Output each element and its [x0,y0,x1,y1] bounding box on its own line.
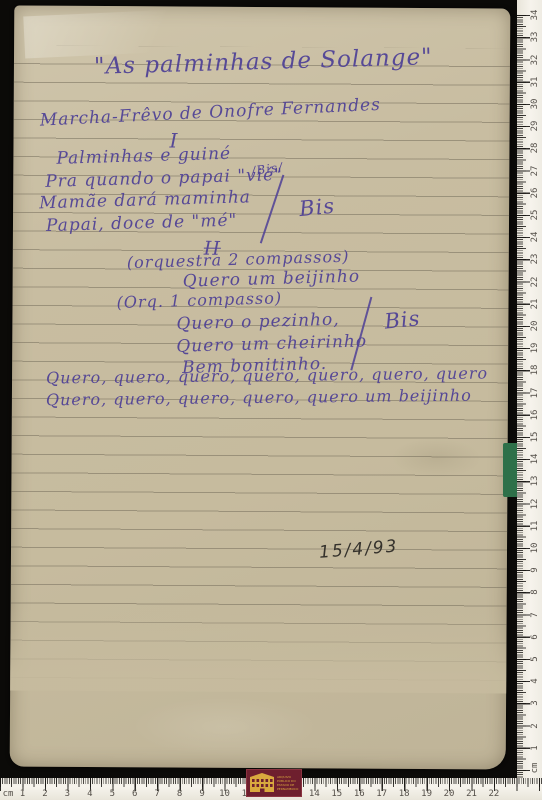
ruler-number: 14 [309,789,320,799]
ruler-number: 33 [530,32,540,43]
ruler-number: 17 [376,789,387,799]
ruler-number: 22 [489,789,500,799]
ruler-number: 24 [530,232,540,243]
ruler-number: 18 [530,365,540,376]
ruler-number: 14 [530,454,540,465]
ruler-number: 25 [530,210,540,221]
ruler-number: cm [530,763,540,774]
ruler-number: 34 [530,10,540,21]
ruler-number: 4 [87,789,92,799]
ruler-number: 23 [530,254,540,265]
ruler-number: 15 [331,789,342,799]
ruler-number: cm [3,789,14,799]
ruler-number: 22 [530,276,540,287]
paper-stain [130,696,320,757]
ruler-number: 5 [530,656,540,661]
ruler-number: 15 [530,432,540,443]
ruler-number: 19 [421,789,432,799]
ruler-number: 16 [530,409,540,420]
ruler-number: 8 [530,590,540,595]
ruler-number: 17 [530,387,540,398]
ruler-number: 30 [530,99,540,110]
ruler-number: 26 [530,187,540,198]
scanned-document: "As palminhas de Solange" Marcha-Frêvo d… [0,0,542,800]
bis-label-2: Bis [383,306,421,333]
ruler-number: 4 [530,678,540,683]
ruler-number: 5 [110,789,115,799]
ruler-number: 18 [399,789,410,799]
ruler-number: 20 [444,789,455,799]
ruler-number: 32 [530,54,540,65]
ruler-number: 16 [354,789,365,799]
ruler-number: 2 [530,723,540,728]
ruler-number: 20 [530,321,540,332]
ruler-number: 7 [530,612,540,617]
archive-logo-stamp: ARQUIVO PÚBLICO DO ESTADO DE PERNAMBUCO [246,769,302,797]
ruler-number: 12 [530,498,540,509]
ruler-number: 28 [530,143,540,154]
ruler-number: 6 [530,634,540,639]
ruler-number: 10 [530,543,540,554]
ruler-number: 1 [20,789,25,799]
ruler-number: 7 [154,789,159,799]
ruler-number: 19 [530,343,540,354]
ruler-number: 2 [42,789,47,799]
ruler-number: 31 [530,76,540,87]
ruler-number: 9 [199,789,204,799]
ruler-number: 1 [530,745,540,750]
vertical-ruler: 1234567891011121314151617181920212223242… [517,0,542,778]
ruler-number: 29 [530,121,540,132]
ruler-number: 10 [219,789,230,799]
ruler-number: 9 [530,567,540,572]
ruled-lines-fade [10,605,507,693]
ruler-cm-ticks [517,15,530,778]
bis-label-1: Bis [298,194,336,221]
archive-building-icon [249,773,275,793]
ruler-number: 3 [65,789,70,799]
manuscript-paper: "As palminhas de Solange" Marcha-Frêvo d… [10,5,511,769]
ruler-number: 27 [530,165,540,176]
archive-stamp-text: ARQUIVO PÚBLICO DO ESTADO DE PERNAMBUCO [277,775,299,791]
ruler-number: 3 [530,701,540,706]
ruler-number: 8 [177,789,182,799]
ruler-number: 11 [530,520,540,531]
ruler-number: 21 [466,789,477,799]
ruler-number: 6 [132,789,137,799]
ruler-number: 13 [530,476,540,487]
ruler-number: 21 [530,298,540,309]
